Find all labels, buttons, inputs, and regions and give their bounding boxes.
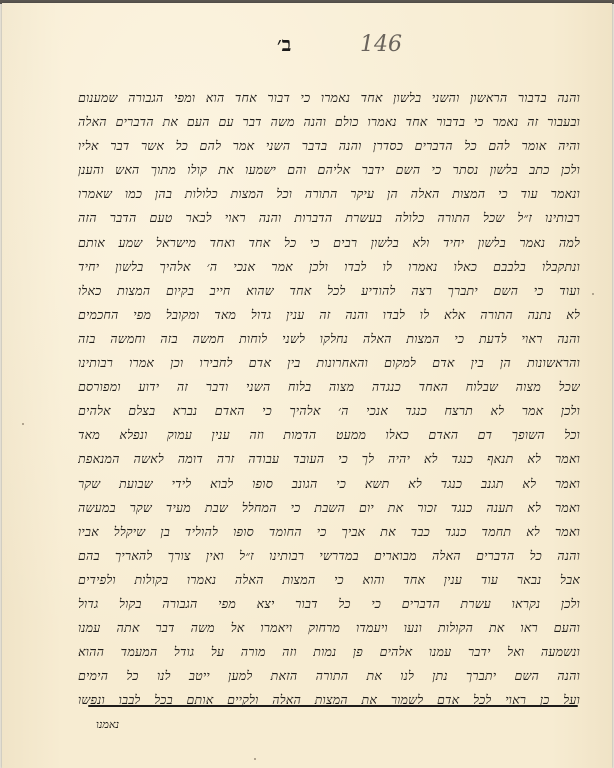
text-line: והראשונות הן בין אדם למקום והאחרונות בין… — [78, 351, 580, 375]
text-line: והעם ראו את הקולות ונעו ויעמדו מרחוק ויא… — [78, 616, 580, 640]
text-line: ואמר לא תענה כנגד זכור את יום השבת כי המ… — [78, 496, 580, 520]
closing-rule-line — [88, 705, 578, 707]
text-line: ולכן אמר לא תרצח כנגד אנכי ה׳ אלהיך כי ה… — [78, 399, 580, 423]
text-line: והנה השם יתברך נתן לנו את התורה הזאת למע… — [78, 664, 580, 688]
text-line: ונתקבלו בלבבם כאלו נאמרו לו לבדו ולכן אמ… — [78, 255, 580, 279]
text-line: למה נאמר בלשון יחיד ולא בלשון רבים כי כל… — [78, 231, 580, 255]
text-line: ונשמעה ואל ידבר עמנו אלהים פן נמות וזה מ… — [78, 640, 580, 664]
text-line: רבותינו ז״ל שכל התורה כלולה בעשרת הדברות… — [78, 206, 580, 230]
text-line: וכל השופך דם האדם כאלו ממעט הדמות וזה ענ… — [78, 423, 580, 447]
text-line: ואמר לא תגנב כנגד לא תשא כי הגונב סופו ל… — [78, 472, 580, 496]
text-line: אבל נבאר עוד ענין אחד והוא כי המצות האלה… — [78, 568, 580, 592]
text-line: ועל כן ראוי לכל אדם לשמור את המצות האלה … — [78, 688, 580, 712]
text-line: שכל מצוה שבלוח האחד כנגדה מצוה בלוח השני… — [78, 375, 580, 399]
text-line: ועוד כי השם יתברך רצה להודיע לכל אחד שהו… — [78, 279, 580, 303]
text-line: ונאמר עוד כי המצות האלה הן עיקר התורה וכ… — [78, 182, 580, 206]
text-line: והנה בדבור הראשון והשני בלשון אחד נאמרו … — [78, 86, 580, 110]
text-line: לא נתנה התורה אלא לו לבדו והנה זה ענין ג… — [78, 303, 580, 327]
signature: נאמנו — [96, 718, 119, 731]
text-line: ובעבור זה נאמר כי בדבור אחד נאמרו כולם ו… — [78, 110, 580, 134]
folio-number: ב׳ — [277, 32, 291, 57]
text-line: ולכן כתב בלשון נסתר כי השם ידבר אליהם וה… — [78, 158, 580, 182]
text-line: ואמר לא תחמד כנגד כבד את אביך כי החומד ס… — [78, 520, 580, 544]
paper-speck — [254, 758, 256, 760]
text-line: ואמר לא תנאף כנגד לא יהיה לך כי העובד עב… — [78, 447, 580, 471]
pencil-page-annotation: 146 — [360, 32, 402, 57]
paper-speck — [592, 293, 594, 295]
text-line: והנה ראוי לדעת כי המצות האלה נחלקו לשני … — [78, 327, 580, 351]
manuscript-text-body: והנה בדבור הראשון והשני בלשון אחד נאמרו … — [78, 86, 580, 712]
paper-speck — [22, 423, 24, 425]
text-line: והיה אומר להם כל הדברים כסדרן והנה בדבר … — [78, 134, 580, 158]
text-line: ולכן נקראו עשרת הדברים כי כל דבור יצא מפ… — [78, 592, 580, 616]
text-line: והנה כל הדברים האלה מבוארים במדרשי רבותי… — [78, 544, 580, 568]
